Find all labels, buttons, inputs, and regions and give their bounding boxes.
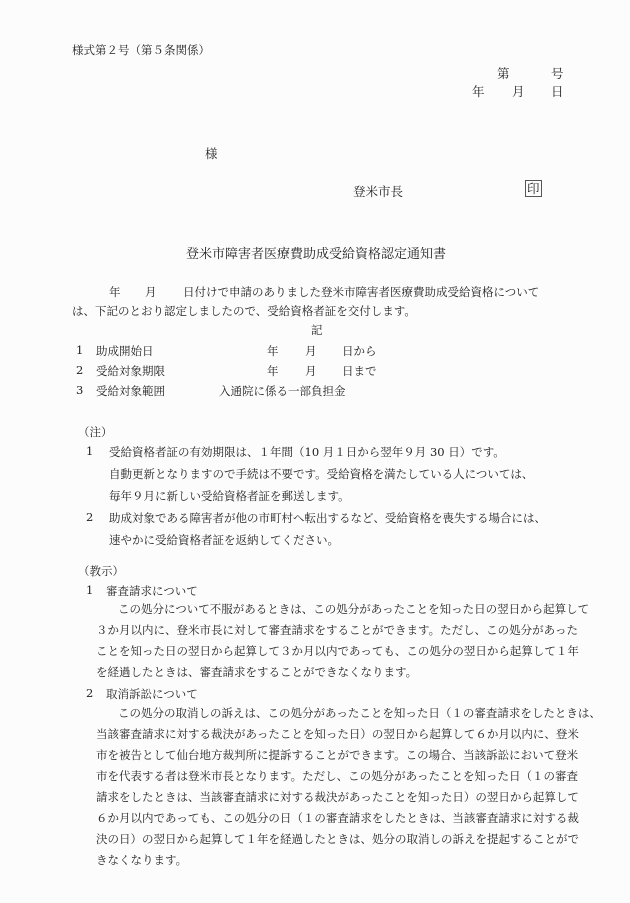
ki-label: 記: [311, 322, 323, 338]
item-month: 月: [305, 343, 317, 359]
note-number: 2: [86, 510, 93, 524]
note-text: 速やかに受給資格者証を返納してください。: [109, 532, 339, 548]
item-year: 年: [267, 363, 279, 379]
section-text: を経過したときは、審査請求をすることができなくなります。: [96, 662, 417, 683]
item-month: 月: [305, 363, 317, 379]
date-year: 年: [472, 82, 485, 100]
item-label: 受給対象期限: [96, 363, 165, 379]
item-day: 日まで: [342, 363, 377, 379]
date-day: 日: [551, 82, 564, 100]
section-text: ことを知った日の翌日から起算して３か月以内であっても、この処分の翌日から起算して…: [96, 641, 579, 662]
section-text: きなくなります。: [96, 850, 187, 871]
body-line2: は、下記のとおり認定しましたので、受給資格者証を交付します。: [72, 303, 416, 319]
section-text: 市を被告として仙台地方裁判所に提訴することができます。この場合、当該訴訟において…: [96, 745, 578, 766]
number-prefix: 第: [497, 64, 510, 82]
section-text: この処分の取消しの訴えは、この処分があったことを知った日（１の審査請求をしたとき…: [106, 703, 601, 724]
form-label: 様式第２号（第５条関係）: [72, 42, 210, 58]
section-title: 取消訴訟について: [106, 686, 198, 702]
recipient-honorific: 様: [205, 144, 218, 162]
seal-mark: 印: [525, 180, 542, 197]
item-year: 年: [267, 343, 279, 359]
item-value: 入通院に係る一部負担金: [219, 383, 346, 399]
number-suffix: 号: [551, 64, 564, 82]
section-text: 請求をしたときは、当該審査請求に対する裁決があったことを知った日）の翌日から起算…: [96, 787, 579, 808]
section-text: ６か月以内であっても、この処分の日（１の審査請求をしたときは、当該審査請求に対す…: [96, 808, 579, 829]
document-title: 登米市障害者医療費助成受給資格認定通知書: [186, 243, 446, 262]
note-text: 毎年９月に新しい受給資格者証を郵送します。: [109, 488, 350, 504]
note-text: 助成対象である障害者が他の市町村へ転出するなど、受給資格を喪失する場合には、: [109, 510, 546, 526]
section-number: 2: [86, 686, 93, 700]
notes-heading: （注）: [78, 424, 113, 440]
issuer-name: 登米市長: [353, 182, 403, 200]
section-text: 当該審査請求に対する裁決があったことを知った日）の翌日から起算して６か月以内に、…: [96, 724, 579, 745]
note-number: 1: [86, 444, 93, 458]
section-number: 1: [86, 583, 93, 597]
item-number: 2: [76, 363, 83, 377]
item-label: 助成開始日: [96, 343, 154, 359]
item-day: 日から: [342, 343, 377, 359]
body-month: 月: [145, 284, 157, 300]
body-line1: 日付けで申請のありました登米市障害者医療費助成受給資格について: [183, 284, 539, 300]
section-text: 決の日）の翌日から起算して１年を経過したときは、処分の取消しの訴えを提起すること…: [96, 829, 579, 850]
instructions-heading: （教示）: [78, 563, 124, 579]
section-text: ３か月以内に、登米市長に対して審査請求をすることができます。ただし、この処分があ…: [96, 620, 578, 641]
date-month: 月: [512, 82, 525, 100]
section-text: 市を代表する者は登米市長となります。ただし、この処分があったことを知った日（１の…: [96, 766, 578, 787]
section-title: 審査請求について: [106, 583, 198, 599]
item-number: 3: [76, 383, 83, 397]
item-label: 受給対象範囲: [96, 383, 165, 399]
body-year: 年: [109, 284, 121, 300]
note-text: 受給資格者証の有効期限は、１年間（10 月１日から翌年９月 30 日）です。: [109, 444, 505, 460]
note-text: 自動更新となりますので手続は不要です。受給資格を満たしている人については、: [109, 466, 533, 482]
item-number: 1: [76, 343, 83, 357]
section-text: この処分について不服があるときは、この処分があったことを知った日の翌日から起算し…: [106, 599, 589, 620]
